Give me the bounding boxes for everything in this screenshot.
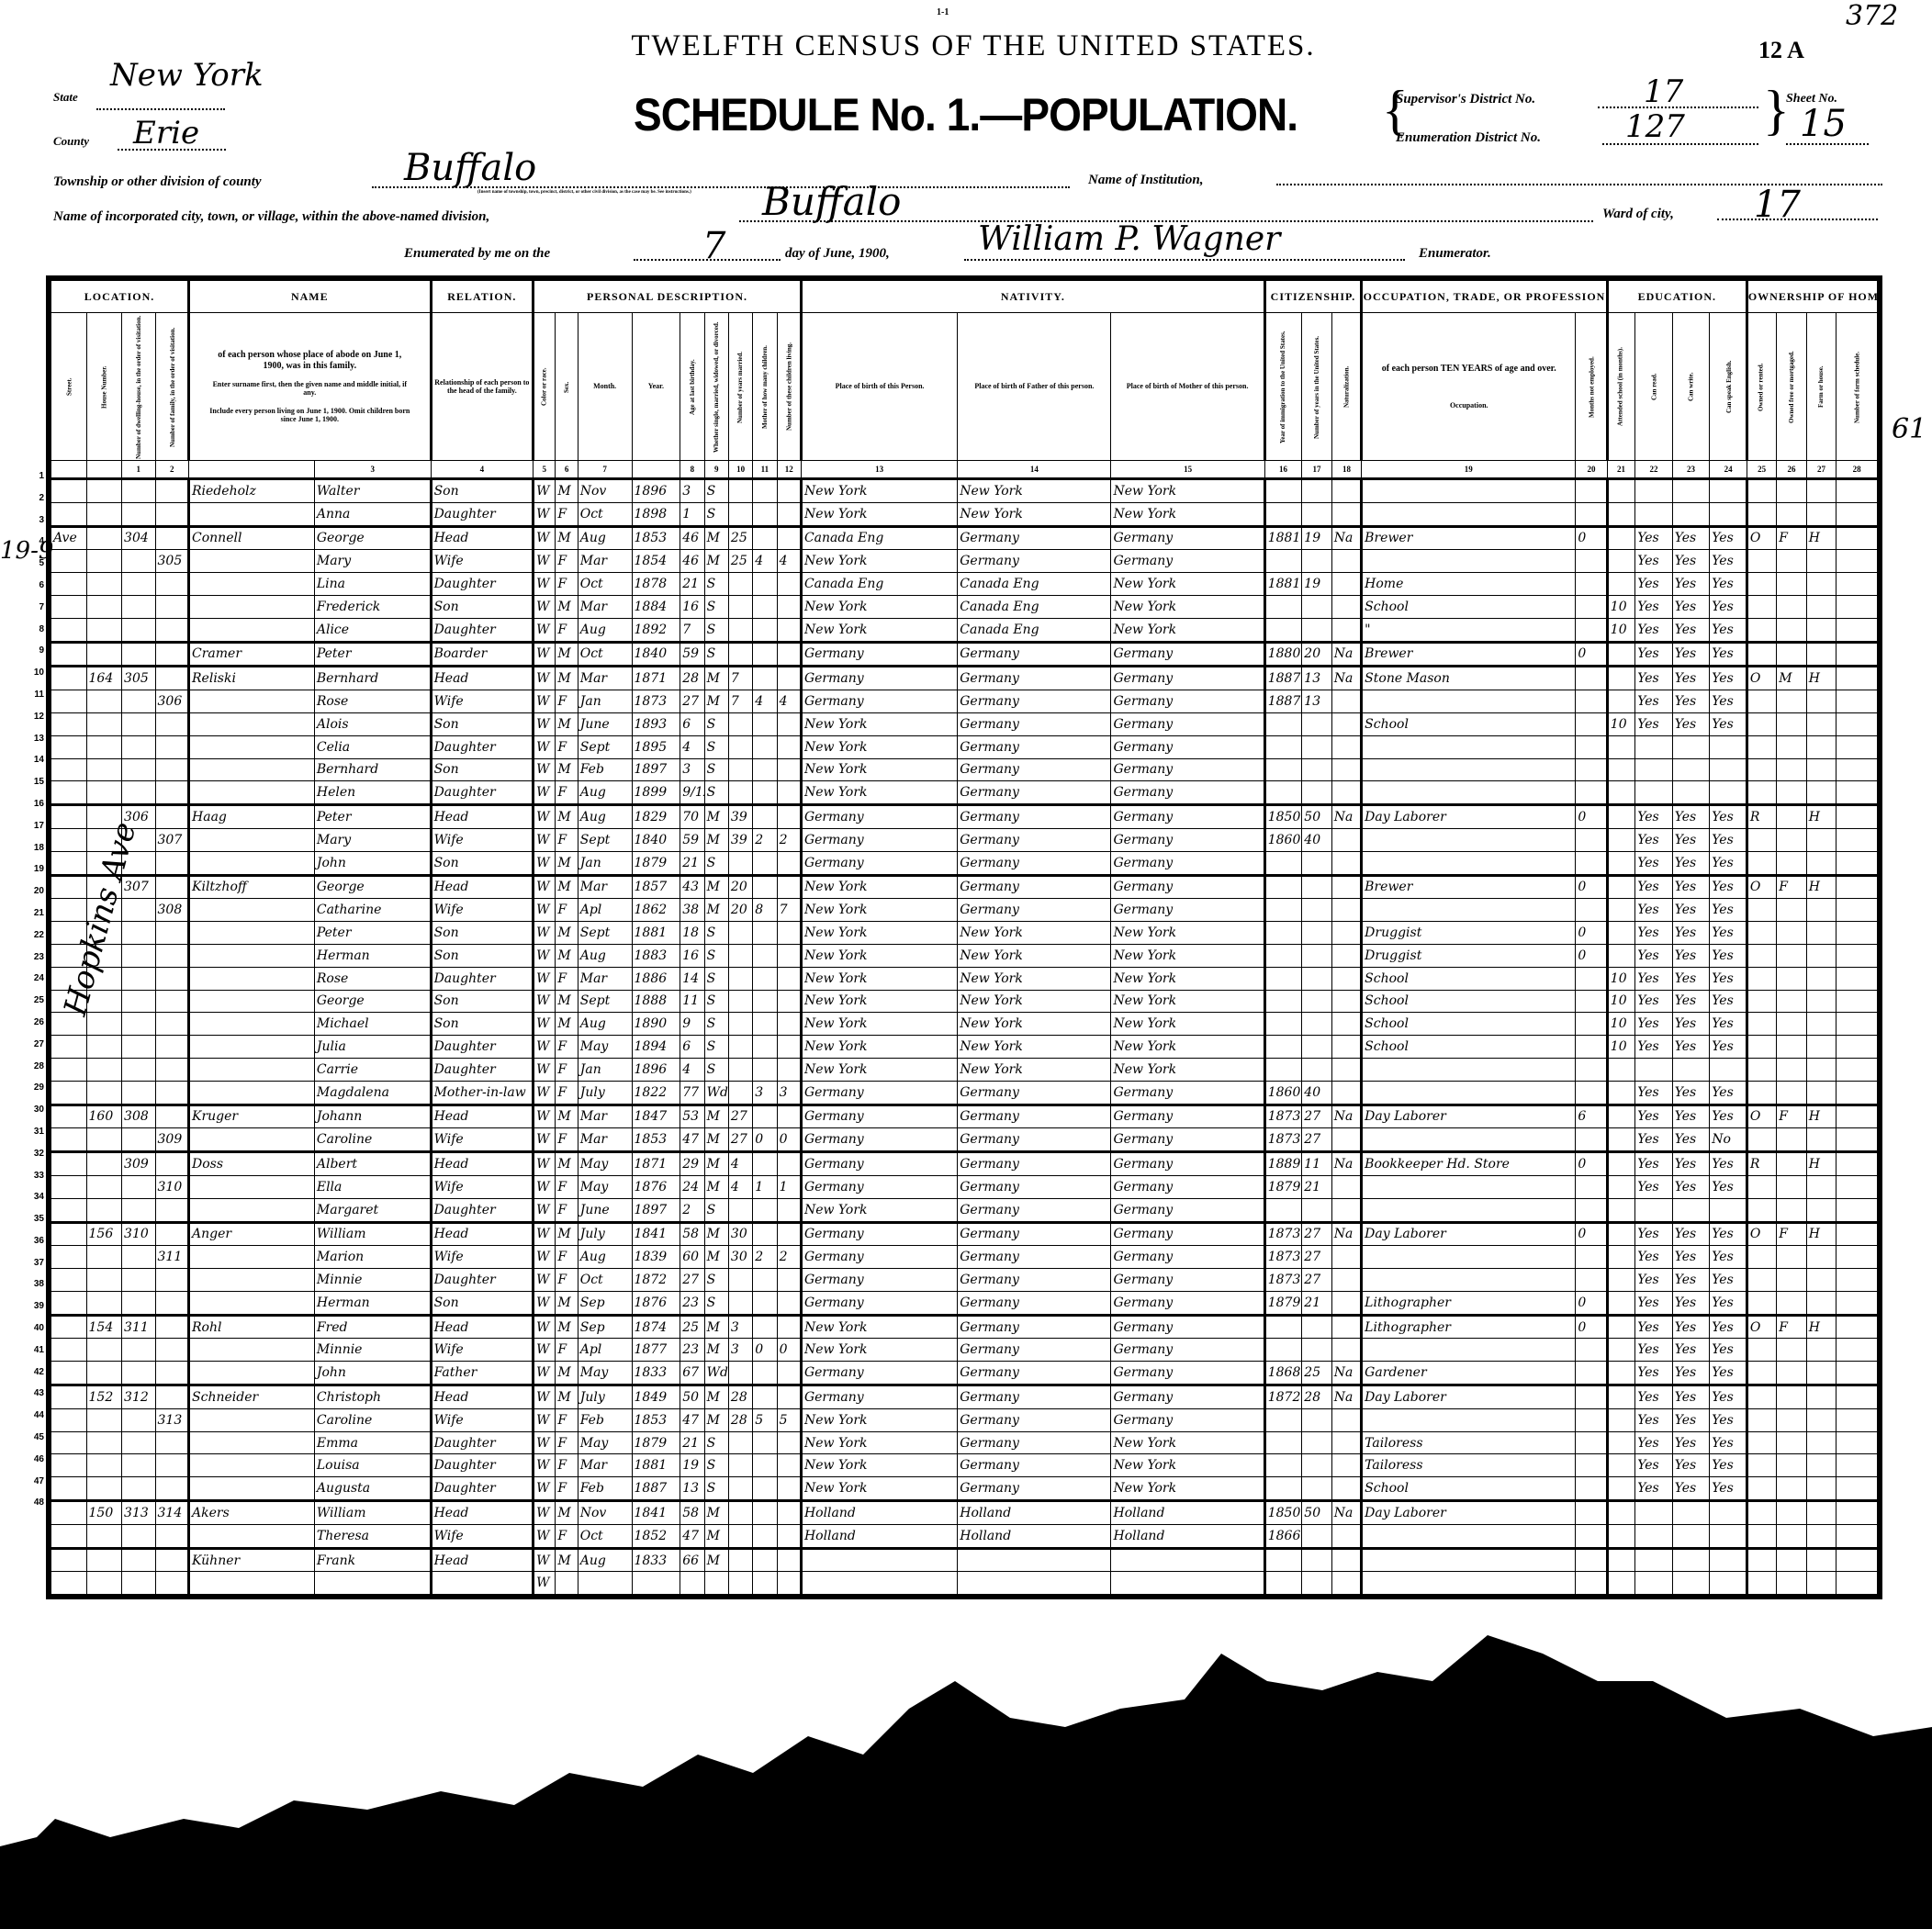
cell-free bbox=[1777, 990, 1806, 1013]
cell-nat bbox=[1331, 595, 1361, 618]
cell-bf: Canada Eng bbox=[958, 595, 1111, 618]
cell-month: June bbox=[578, 712, 632, 735]
cell-color: W bbox=[534, 1362, 556, 1385]
cell-given: Peter bbox=[314, 805, 431, 829]
cell-sex: M bbox=[556, 758, 578, 781]
cell-ym bbox=[728, 642, 752, 667]
cell-yrs: 50 bbox=[1302, 805, 1331, 829]
hdr-owned-rented: Owned or rented. bbox=[1747, 313, 1776, 461]
cell-eng: Yes bbox=[1710, 828, 1747, 851]
cell-imm bbox=[1264, 922, 1302, 945]
line-number: 17 bbox=[20, 815, 44, 837]
cell-year: 1898 bbox=[632, 502, 680, 526]
cell-school bbox=[1607, 573, 1634, 596]
occupation-desc: of each person TEN YEARS of age and over… bbox=[1363, 364, 1575, 375]
cell-family bbox=[155, 1477, 189, 1501]
cell-mo bbox=[753, 990, 777, 1013]
cell-dwelling bbox=[122, 828, 155, 851]
line-number: 48 bbox=[20, 1492, 44, 1514]
cell-write: Yes bbox=[1672, 1385, 1710, 1409]
cell-mo bbox=[753, 758, 777, 781]
cell-eng: Yes bbox=[1710, 618, 1747, 642]
cell-sex: M bbox=[556, 805, 578, 829]
cell-imm bbox=[1264, 851, 1302, 875]
cell-dwelling bbox=[122, 922, 155, 945]
cell-house bbox=[86, 922, 122, 945]
line-number: 43 bbox=[20, 1383, 44, 1405]
cell-bp: Germany bbox=[801, 1291, 957, 1315]
cell-year: 1849 bbox=[632, 1385, 680, 1409]
cell-free bbox=[1777, 1385, 1806, 1409]
cell-ch bbox=[777, 479, 801, 503]
cell-color: W bbox=[534, 1152, 556, 1176]
cell-relation: Wife bbox=[431, 828, 534, 851]
column-number: 16 bbox=[1264, 461, 1302, 479]
table-row: 308CatharineWifeWFApl186238M2087New York… bbox=[51, 899, 1878, 922]
name-desc: of each person whose place of abode on J… bbox=[190, 350, 430, 371]
cell-relation: Son bbox=[431, 922, 534, 945]
cell-house bbox=[86, 805, 122, 829]
cell-house bbox=[86, 781, 122, 805]
cell-marital: M bbox=[704, 1339, 728, 1362]
cell-school bbox=[1607, 922, 1634, 945]
cell-eng: Yes bbox=[1710, 1431, 1747, 1454]
line-number: 21 bbox=[20, 903, 44, 925]
cell-sex: M bbox=[556, 712, 578, 735]
cell-surname bbox=[189, 618, 315, 642]
cell-given: Ella bbox=[314, 1175, 431, 1198]
cell-nat bbox=[1331, 735, 1361, 758]
cell-color: W bbox=[534, 1175, 556, 1198]
cell-age: 66 bbox=[680, 1548, 704, 1572]
cell-color: W bbox=[534, 922, 556, 945]
cell-yrs: 40 bbox=[1302, 828, 1331, 851]
cell-write bbox=[1672, 502, 1710, 526]
cell-school bbox=[1607, 899, 1634, 922]
cell-dwelling bbox=[122, 595, 155, 618]
cell-occ bbox=[1362, 781, 1576, 805]
cell-bm: Germany bbox=[1111, 875, 1264, 899]
cell-family bbox=[155, 479, 189, 503]
cell-house bbox=[86, 1572, 122, 1595]
cell-bm: Germany bbox=[1111, 712, 1264, 735]
cell-sched bbox=[1837, 899, 1878, 922]
cell-unemp bbox=[1576, 1013, 1607, 1036]
cell-relation: Mother-in-law bbox=[431, 1081, 534, 1105]
hdr-occupation: of each person TEN YEARS of age and over… bbox=[1362, 313, 1576, 461]
cell-sex: F bbox=[556, 1524, 578, 1548]
cell-read bbox=[1635, 1198, 1673, 1222]
column-number bbox=[189, 461, 315, 479]
cell-own bbox=[1747, 1128, 1776, 1152]
cell-unemp: 0 bbox=[1576, 1315, 1607, 1339]
table-row: FrederickSonWMMar188416SNew YorkCanada E… bbox=[51, 595, 1878, 618]
cell-sched bbox=[1837, 1477, 1878, 1501]
cell-own bbox=[1747, 1036, 1776, 1059]
cell-farm: H bbox=[1806, 1222, 1836, 1246]
cell-eng: Yes bbox=[1710, 944, 1747, 967]
cell-imm bbox=[1264, 781, 1302, 805]
cell-own: O bbox=[1747, 1222, 1776, 1246]
cell-sched bbox=[1837, 875, 1878, 899]
cell-marital: M bbox=[704, 667, 728, 690]
cell-read: Yes bbox=[1635, 1128, 1673, 1152]
cell-write: Yes bbox=[1672, 899, 1710, 922]
cell-imm bbox=[1264, 1454, 1302, 1477]
cell-ym: 3 bbox=[728, 1339, 752, 1362]
cell-family: 313 bbox=[155, 1408, 189, 1431]
cell-dwelling: 307 bbox=[122, 875, 155, 899]
cell-occ: School bbox=[1362, 1036, 1576, 1059]
cell-color: W bbox=[534, 828, 556, 851]
cell-read: Yes bbox=[1635, 1291, 1673, 1315]
cell-family bbox=[155, 1385, 189, 1409]
cell-ym bbox=[728, 1081, 752, 1105]
cell-street bbox=[51, 1105, 87, 1128]
line-number: 31 bbox=[20, 1121, 44, 1143]
handwritten-page-number: 372 bbox=[1846, 0, 1898, 32]
cell-ch bbox=[777, 1385, 801, 1409]
cell-yrs: 19 bbox=[1302, 573, 1331, 596]
cell-read: Yes bbox=[1635, 1036, 1673, 1059]
cell-nat: Na bbox=[1331, 1385, 1361, 1409]
cell-school bbox=[1607, 805, 1634, 829]
cell-family: 306 bbox=[155, 690, 189, 713]
cell-dwelling bbox=[122, 1362, 155, 1385]
cell-ch bbox=[777, 1058, 801, 1081]
cell-sched bbox=[1837, 573, 1878, 596]
cell-relation: Wife bbox=[431, 899, 534, 922]
cell-write: Yes bbox=[1672, 1431, 1710, 1454]
cell-bf: Germany bbox=[958, 1269, 1111, 1292]
cell-school bbox=[1607, 550, 1634, 573]
cell-write: Yes bbox=[1672, 573, 1710, 596]
cell-occ: Stone Mason bbox=[1362, 667, 1576, 690]
cell-sched bbox=[1837, 1291, 1878, 1315]
cell-yrs bbox=[1302, 1454, 1331, 1477]
cell-sex: F bbox=[556, 1128, 578, 1152]
column-number: 21 bbox=[1607, 461, 1634, 479]
hdr-family-number: Number of family, in the order of visita… bbox=[155, 313, 189, 461]
cell-bm: New York bbox=[1111, 618, 1264, 642]
cell-write: Yes bbox=[1672, 595, 1710, 618]
cell-sched bbox=[1837, 1572, 1878, 1595]
cell-bm: New York bbox=[1111, 573, 1264, 596]
cell-bf: Germany bbox=[958, 1291, 1111, 1315]
cell-house bbox=[86, 1058, 122, 1081]
cell-year: 1857 bbox=[632, 875, 680, 899]
cell-bp: New York bbox=[801, 735, 957, 758]
cell-yrs: 40 bbox=[1302, 1081, 1331, 1105]
cell-bf: Germany bbox=[958, 735, 1111, 758]
cell-bp: New York bbox=[801, 502, 957, 526]
cell-ch bbox=[777, 1036, 801, 1059]
cell-yrs bbox=[1302, 1477, 1331, 1501]
cell-house bbox=[86, 1198, 122, 1222]
cell-farm bbox=[1806, 712, 1836, 735]
cell-age: 2 bbox=[680, 1198, 704, 1222]
cell-house bbox=[86, 758, 122, 781]
cell-year bbox=[632, 1572, 680, 1595]
cell-eng: Yes bbox=[1710, 1013, 1747, 1036]
cell-eng: Yes bbox=[1710, 1477, 1747, 1501]
hdr-name-desc: of each person whose place of abode on J… bbox=[189, 313, 432, 461]
cell-write: Yes bbox=[1672, 1454, 1710, 1477]
cell-bp: Germany bbox=[801, 1269, 957, 1292]
cell-farm bbox=[1806, 899, 1836, 922]
cell-farm bbox=[1806, 1572, 1836, 1595]
cell-imm: 1860 bbox=[1264, 1081, 1302, 1105]
cell-unemp bbox=[1576, 758, 1607, 781]
ward-label: Ward of city, bbox=[1602, 207, 1674, 222]
cell-bf: Germany bbox=[958, 781, 1111, 805]
cell-imm: 1868 bbox=[1264, 1362, 1302, 1385]
cell-given: Peter bbox=[314, 642, 431, 667]
cell-given: Anna bbox=[314, 502, 431, 526]
table-row: MinnieWifeWFApl187723M300New YorkGermany… bbox=[51, 1339, 1878, 1362]
cell-ch bbox=[777, 1501, 801, 1525]
cell-given: Catharine bbox=[314, 899, 431, 922]
cell-month: June bbox=[578, 1198, 632, 1222]
cell-relation: Daughter bbox=[431, 1198, 534, 1222]
cell-unemp: 0 bbox=[1576, 875, 1607, 899]
cell-bm: Germany bbox=[1111, 805, 1264, 829]
cell-nat bbox=[1331, 618, 1361, 642]
cell-ym bbox=[728, 1198, 752, 1222]
cell-family bbox=[155, 526, 189, 550]
cell-bp: New York bbox=[801, 1431, 957, 1454]
cell-write: Yes bbox=[1672, 828, 1710, 851]
cell-house bbox=[86, 1081, 122, 1105]
cell-nat bbox=[1331, 690, 1361, 713]
cell-nat: Na bbox=[1331, 642, 1361, 667]
cell-eng: Yes bbox=[1710, 1385, 1747, 1409]
cell-color: W bbox=[534, 1291, 556, 1315]
cell-free bbox=[1777, 1058, 1806, 1081]
hdr-birth-father: Place of birth of Father of this person. bbox=[958, 313, 1111, 461]
cell-own bbox=[1747, 1454, 1776, 1477]
cell-sex: F bbox=[556, 502, 578, 526]
cell-ch bbox=[777, 502, 801, 526]
cell-read: Yes bbox=[1635, 1315, 1673, 1339]
cell-house bbox=[86, 712, 122, 735]
cell-age: 77 bbox=[680, 1081, 704, 1105]
cell-sex: M bbox=[556, 1222, 578, 1246]
column-number: 14 bbox=[958, 461, 1111, 479]
cell-free bbox=[1777, 1501, 1806, 1525]
cell-nat bbox=[1331, 967, 1361, 990]
cell-school bbox=[1607, 875, 1634, 899]
cell-month: Aug bbox=[578, 1246, 632, 1269]
cell-farm bbox=[1806, 618, 1836, 642]
cell-farm bbox=[1806, 828, 1836, 851]
cell-yrs: 27 bbox=[1302, 1269, 1331, 1292]
cell-year: 1896 bbox=[632, 1058, 680, 1081]
cell-unemp bbox=[1576, 712, 1607, 735]
cell-sex: M bbox=[556, 875, 578, 899]
table-row: PeterSonWMSept188118SNew YorkNew YorkNew… bbox=[51, 922, 1878, 945]
cell-ym bbox=[728, 618, 752, 642]
cell-farm bbox=[1806, 1013, 1836, 1036]
line-number: 36 bbox=[20, 1230, 44, 1252]
cell-color: W bbox=[534, 875, 556, 899]
cell-ym bbox=[728, 502, 752, 526]
cell-yrs bbox=[1302, 781, 1331, 805]
cell-house bbox=[86, 967, 122, 990]
cell-read: Yes bbox=[1635, 1222, 1673, 1246]
cell-unemp bbox=[1576, 1058, 1607, 1081]
cell-mo bbox=[753, 1198, 777, 1222]
line-number: 27 bbox=[20, 1034, 44, 1056]
cell-write: Yes bbox=[1672, 1081, 1710, 1105]
cell-yrs: 27 bbox=[1302, 1105, 1331, 1128]
cell-ch bbox=[777, 1198, 801, 1222]
cell-read: Yes bbox=[1635, 1362, 1673, 1385]
cell-sex: F bbox=[556, 1269, 578, 1292]
cell-surname bbox=[189, 1408, 315, 1431]
cell-age: 58 bbox=[680, 1222, 704, 1246]
cell-mo bbox=[753, 1058, 777, 1081]
cell-bm: Germany bbox=[1111, 1385, 1264, 1409]
cell-nat bbox=[1331, 1431, 1361, 1454]
cell-eng bbox=[1710, 781, 1747, 805]
cell-school: 10 bbox=[1607, 595, 1634, 618]
cell-eng bbox=[1710, 758, 1747, 781]
cell-ym: 39 bbox=[728, 805, 752, 829]
supervisor-label: Supervisor's District No. bbox=[1396, 92, 1535, 107]
cell-family bbox=[155, 1524, 189, 1548]
cell-street bbox=[51, 502, 87, 526]
cell-marital: S bbox=[704, 1454, 728, 1477]
cell-unemp bbox=[1576, 1524, 1607, 1548]
cell-month: Oct bbox=[578, 1524, 632, 1548]
cell-sched bbox=[1837, 667, 1878, 690]
cell-mo: 3 bbox=[753, 1081, 777, 1105]
cell-imm: 1850 bbox=[1264, 1501, 1302, 1525]
cell-relation: Son bbox=[431, 479, 534, 503]
cell-bp: New York bbox=[801, 899, 957, 922]
cell-age: 60 bbox=[680, 1246, 704, 1269]
cell-month: Mar bbox=[578, 967, 632, 990]
census-title: TWELFTH CENSUS OF THE UNITED STATES. bbox=[533, 29, 1414, 63]
cell-eng: Yes bbox=[1710, 1339, 1747, 1362]
cell-house bbox=[86, 573, 122, 596]
cell-occ bbox=[1362, 1269, 1576, 1292]
cell-bf: Germany bbox=[958, 1198, 1111, 1222]
cell-year: 1887 bbox=[632, 1477, 680, 1501]
cell-bf: Germany bbox=[958, 805, 1111, 829]
cell-dwelling bbox=[122, 1081, 155, 1105]
cell-given: Herman bbox=[314, 944, 431, 967]
line-number: 29 bbox=[20, 1077, 44, 1099]
table-row: 307KiltzhoffGeorgeHeadWMMar185743M20New … bbox=[51, 875, 1878, 899]
cell-bf: Germany bbox=[958, 690, 1111, 713]
cell-dwelling bbox=[122, 1013, 155, 1036]
cell-write: Yes bbox=[1672, 1036, 1710, 1059]
cell-yrs: 28 bbox=[1302, 1385, 1331, 1409]
group-relation: RELATION. bbox=[431, 281, 534, 313]
table-row: GeorgeSonWMSept188811SNew YorkNew YorkNe… bbox=[51, 990, 1878, 1013]
cell-sex: M bbox=[556, 642, 578, 667]
cell-color: W bbox=[534, 595, 556, 618]
cell-house bbox=[86, 1548, 122, 1572]
cell-year: 1839 bbox=[632, 1246, 680, 1269]
cell-color: W bbox=[534, 1128, 556, 1152]
cell-street bbox=[51, 618, 87, 642]
cell-farm bbox=[1806, 690, 1836, 713]
cell-farm bbox=[1806, 479, 1836, 503]
cell-imm bbox=[1264, 944, 1302, 967]
cell-yrs bbox=[1302, 944, 1331, 967]
cell-read: Yes bbox=[1635, 1339, 1673, 1362]
cell-mo bbox=[753, 642, 777, 667]
cell-surname bbox=[189, 712, 315, 735]
cell-month: Aug bbox=[578, 805, 632, 829]
cell-given: John bbox=[314, 851, 431, 875]
cell-free bbox=[1777, 1128, 1806, 1152]
cell-own bbox=[1747, 1385, 1776, 1409]
cell-age: 16 bbox=[680, 944, 704, 967]
cell-relation: Daughter bbox=[431, 1454, 534, 1477]
cell-ym bbox=[728, 851, 752, 875]
cell-house bbox=[86, 828, 122, 851]
cell-bf: Germany bbox=[958, 1315, 1111, 1339]
cell-house bbox=[86, 1431, 122, 1454]
name-note1: Enter surname first, then the given name… bbox=[190, 380, 430, 397]
cell-own bbox=[1747, 550, 1776, 573]
cell-month: May bbox=[578, 1431, 632, 1454]
cell-dwelling bbox=[122, 1339, 155, 1362]
cell-age: 59 bbox=[680, 642, 704, 667]
cell-nat: Na bbox=[1331, 805, 1361, 829]
cell-read: Yes bbox=[1635, 851, 1673, 875]
cell-street bbox=[51, 1385, 87, 1409]
cell-unemp bbox=[1576, 1501, 1607, 1525]
cell-free bbox=[1777, 1477, 1806, 1501]
cell-sex: F bbox=[556, 967, 578, 990]
cell-given: William bbox=[314, 1222, 431, 1246]
cell-yrs bbox=[1302, 851, 1331, 875]
group-location: LOCATION. bbox=[51, 281, 189, 313]
cell-school bbox=[1607, 1385, 1634, 1409]
cell-bf: Germany bbox=[958, 828, 1111, 851]
cell-dwelling: 310 bbox=[122, 1222, 155, 1246]
cell-color: W bbox=[534, 851, 556, 875]
cell-write: Yes bbox=[1672, 851, 1710, 875]
cell-school: 10 bbox=[1607, 618, 1634, 642]
cell-unemp bbox=[1576, 1477, 1607, 1501]
cell-occ: Home bbox=[1362, 573, 1576, 596]
cell-free bbox=[1777, 944, 1806, 967]
cell-imm bbox=[1264, 758, 1302, 781]
cell-read: Yes bbox=[1635, 618, 1673, 642]
cell-free bbox=[1777, 1269, 1806, 1292]
cell-ch bbox=[777, 944, 801, 967]
cell-given: Bernhard bbox=[314, 758, 431, 781]
cell-house bbox=[86, 479, 122, 503]
supervisor-value: 17 bbox=[1644, 73, 1683, 110]
cell-ym: 30 bbox=[728, 1246, 752, 1269]
cell-read: Yes bbox=[1635, 1081, 1673, 1105]
cell-house bbox=[86, 875, 122, 899]
cell-surname: Reliski bbox=[189, 667, 315, 690]
cell-age: 4 bbox=[680, 735, 704, 758]
cell-imm: 1880 bbox=[1264, 642, 1302, 667]
cell-bp: New York bbox=[801, 922, 957, 945]
table-row: HermanSonWMAug188316SNew YorkNew YorkNew… bbox=[51, 944, 1878, 967]
cell-sex: M bbox=[556, 990, 578, 1013]
cell-dwelling bbox=[122, 573, 155, 596]
